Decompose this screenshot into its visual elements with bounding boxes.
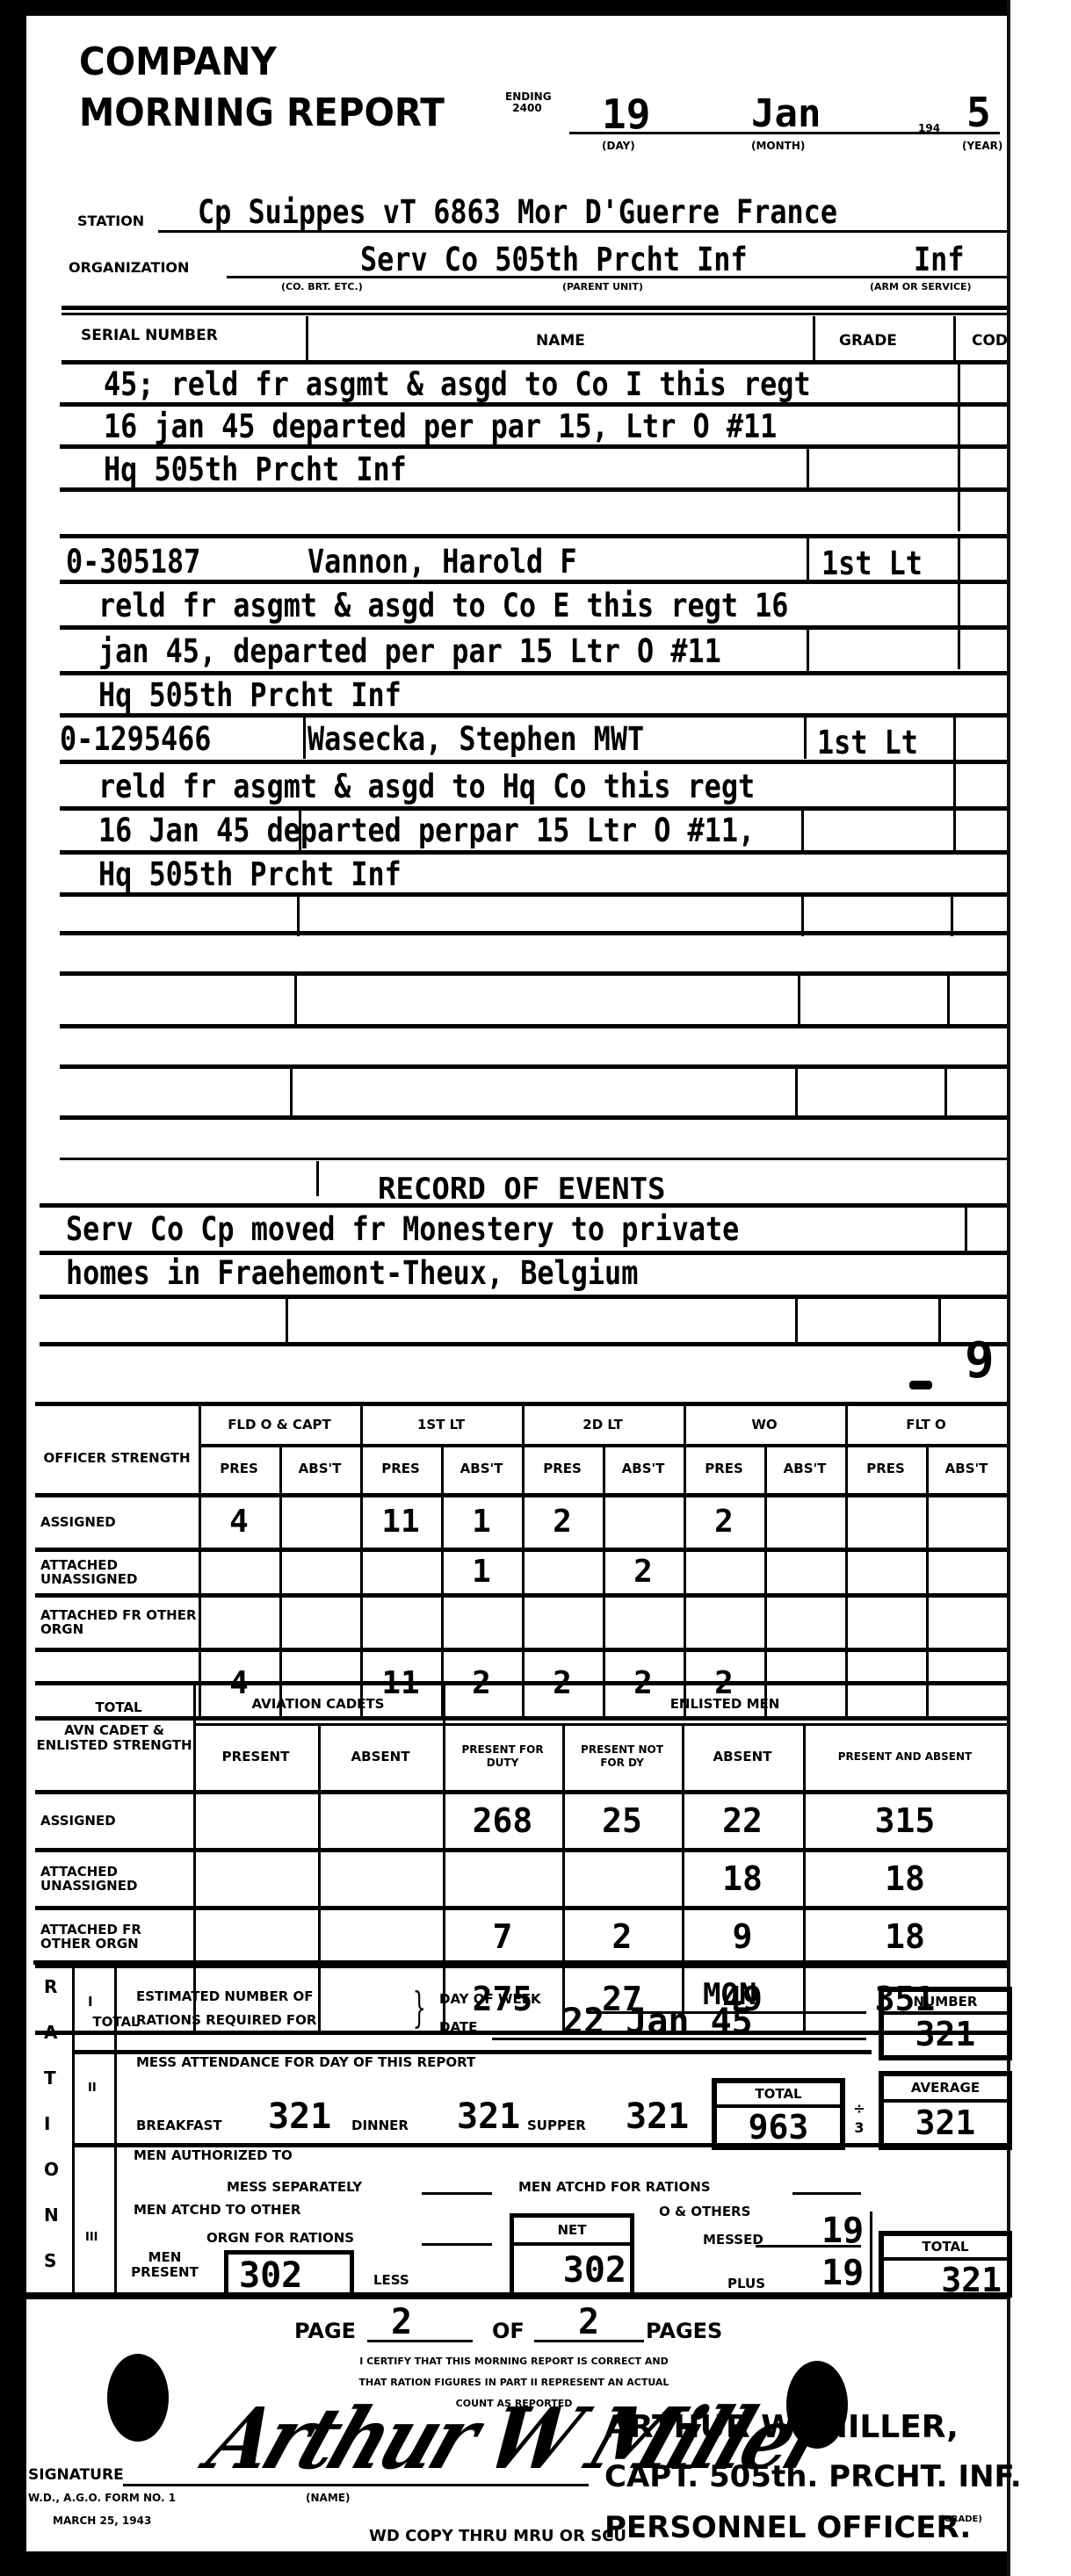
form-title-line1: COMPANY [79,40,277,84]
organization-value: Serv Co 505th Prcht Inf [360,242,748,278]
rule [35,1402,1007,1406]
events-divider [938,1296,941,1342]
enlisted-cell [443,1851,562,1906]
rations-side-letter: O [44,2159,59,2180]
page-number: 2 [391,2305,412,2340]
serial-divider [290,1068,293,1115]
divide-by-three: ÷ 3 [850,2099,868,2138]
col-rule [682,1723,684,2031]
breakfast-value: 321 [268,2099,331,2134]
officer-subcol-header: ABS'T [926,1444,1007,1493]
officer-subcol-header: PRES [684,1444,764,1493]
events-divider [965,1205,967,1251]
officer-cell [845,1497,926,1548]
total-box: TOTAL 963 [712,2078,845,2150]
officer-cell: 1 [441,1551,522,1593]
average-value: 321 [884,2103,1007,2143]
col-rule [360,1405,363,1716]
grade-divider [801,806,804,850]
officer-cell [764,1497,845,1548]
code-divider [958,538,960,669]
others-label-2: MESSED [703,2233,763,2247]
stamp-rank-unit: CAPT. 505th. PRCHT. INF. [604,2459,1022,2494]
pages-label: PAGES [646,2319,722,2343]
page-label: PAGE [294,2319,356,2343]
year-prefix: 194 [918,123,940,134]
roster-line: 16 jan 45 departed per par 15, Ltr O #11 [104,409,777,444]
officer-cell [926,1497,1007,1548]
serial-divider [294,975,297,1024]
enlisted-cell [562,1851,682,1906]
page-underline [367,2340,473,2342]
net-value: 302 [514,2246,630,2295]
scan-border-bottom [0,2551,1010,2576]
total-label: TOTAL [717,2083,840,2108]
atchd-other-label-1: MEN ATCHD TO OTHER [134,2203,300,2217]
officer-cell [279,1597,360,1648]
enlisted-cell: 2 [562,1909,682,1964]
officer-row-label: ATTACHED UNASSIGNED [40,1553,197,1591]
supper-label: SUPPER [527,2118,586,2132]
grade-divider [795,1068,798,1115]
caption-co: (CO. BRT. ETC.) [281,281,363,292]
enlisted-strength-title: AVN CADET & ENLISTED STRENGTH [35,1690,193,1786]
certification-line-2: THAT RATION FIGURES IN PART II REPRESENT… [268,2377,760,2388]
certification-line-1: I CERTIFY THAT THIS MORNING REPORT IS CO… [268,2356,760,2367]
atchd-rations-label: MEN ATCHD FOR RATIONS [518,2180,711,2194]
col-divider-serial [306,316,308,360]
row-rule [60,971,1007,976]
grade-divider [807,625,809,671]
net-box: NET 302 [510,2213,634,2297]
dinner-value: 321 [457,2099,520,2134]
grade-divider [798,975,800,1024]
men-present-label: MEN PRESENT [114,2250,215,2280]
enlisted-cell: 18 [803,1851,1007,1906]
supper-value: 321 [626,2099,689,2134]
enlisted-cell: 315 [803,1793,1007,1848]
roster-line: Hq 505th Prcht Inf [104,452,407,487]
roster-line: reld fr asgmt & asgd to Co E this regt 1… [98,588,788,624]
men-present-box: 302 [224,2250,354,2297]
col-divider-code [953,316,956,360]
events-divider [795,1296,798,1342]
officer-cell [764,1551,845,1593]
rations-side-letter: T [44,2067,56,2089]
less-label: LESS [373,2273,409,2287]
atchd-rations-underline [792,2192,861,2195]
officer-cell [360,1597,441,1648]
atchd-other-underline [422,2243,492,2246]
serial-number: 0-305187 [66,545,200,580]
ending-label-2: 2400 [505,103,549,114]
routing-note: WD COPY THRU MRU OR SCU [369,2529,626,2544]
events-rule [40,1203,1007,1208]
rule [35,2031,1007,2035]
rule [35,1681,1007,1685]
col-rule [926,1444,929,1716]
officer-group-header: FLD O & CAPT [199,1405,360,1444]
enlisted-col-header: ABSENT [318,1723,443,1790]
code-divider [947,975,950,1024]
officer-cell [926,1551,1007,1593]
col-code: CODE [972,332,1007,350]
officer-row-label: ASSIGNED [40,1498,197,1546]
scan-border-left [0,0,26,2576]
enlisted-cell [318,1909,443,1964]
row-rule [60,534,1007,538]
plus-divider [870,2212,872,2292]
rations-top-rule [33,1960,1007,1965]
day-of-week-label: DAY OF WEEK [439,1992,541,2006]
serial-number: 0-1295466 [60,722,211,757]
events-rule [40,1342,1007,1346]
breakfast-label: BREAKFAST [136,2118,222,2132]
enlisted-row-label: ASSIGNED [40,1795,192,1846]
officer-cell: 1 [441,1497,522,1548]
margin-mark: 9 [965,1344,995,1379]
row-rule [60,931,1007,935]
roster-line: Hq 505th Prcht Inf [98,678,402,713]
plus-label: PLUS [727,2277,765,2291]
enlisted-cell: 9 [682,1909,803,1964]
officer-grade: 1st Lt [821,546,923,581]
rations-side-letter: I [44,2113,50,2134]
scan-border-right [1007,0,1010,2576]
officer-cell [279,1551,360,1593]
officer-cell [522,1551,603,1593]
officer-subcol-header: ABS'T [279,1444,360,1493]
auth-underline [422,2192,492,2195]
officer-cell [441,1597,522,1648]
stamp-name: ARTHUR W. MILLER, [604,2410,959,2445]
enlisted-col-header: PRESENT AND ABSENT [803,1723,1007,1790]
officer-cell [360,1551,441,1593]
events-line-2: homes in Fraehemont-Theux, Belgium [66,1256,638,1291]
events-rule [40,1295,1007,1299]
enlisted-men-header: ENLISTED MEN [443,1685,1007,1723]
average-label: AVERAGE [884,2076,1007,2103]
row-rule [60,671,1007,675]
others-label-1: O & OTHERS [659,2204,750,2219]
enlisted-cell: 18 [803,1909,1007,1964]
of-label: OF [492,2319,525,2343]
rule [193,1723,1007,1726]
grade-divider [807,444,809,488]
enlisted-row-label: ATTACHED UNASSIGNED [40,1853,192,1904]
name-caption: (NAME) [306,2493,350,2504]
officer-cell [522,1597,603,1648]
code-divider [944,1068,947,1115]
officer-cell [684,1551,764,1593]
officer-subcol-header: PRES [845,1444,926,1493]
form-number: W.D., A.G.O. FORM NO. 1 [28,2493,176,2504]
officer-cell: 2 [603,1551,684,1593]
number-value: 321 [884,2015,1007,2053]
enlisted-cell [193,1909,318,1964]
mess-attendance-label: MESS ATTENDANCE FOR DAY OF THIS REPORT [136,2055,475,2069]
date-label: DATE [439,2020,477,2034]
officer-cell [926,1597,1007,1648]
ending-label: ENDING 2400 [505,91,549,114]
officer-cell [764,1597,845,1648]
enlisted-col-header: PRESENT NOT FOR DY [562,1723,682,1790]
officer-subcol-header: ABS'T [441,1444,522,1493]
officer-cell [603,1597,684,1648]
officer-group-header: FLT O [845,1405,1007,1444]
month-caption: (MONTH) [751,141,805,152]
year-caption: (YEAR) [962,141,1002,152]
officer-name: Vannon, Harold F [308,545,577,580]
col-rule [764,1444,767,1716]
brace-icon: } [413,1987,426,2029]
enlisted-col-header: ABSENT [682,1723,803,1790]
col-rule [193,1685,196,2031]
serial-divider [303,713,306,759]
report-year: 5 [966,95,991,130]
col-rule [318,1723,321,2031]
section-i-num: I [88,1994,93,2010]
roster-line: 16 Jan 45 departed perpar 15 Ltr O #11, [98,813,755,848]
col-rule [684,1405,686,1716]
officer-group-header: WO [684,1405,845,1444]
auth-label-1: MEN AUTHORIZED TO [134,2148,293,2162]
col-divider-grade [813,316,815,360]
station-label: STATION [77,213,144,229]
section-ii-num: II [88,2082,97,2095]
officer-cell: 11 [360,1497,441,1548]
events-line-1: Serv Co Cp moved fr Monestery to private [66,1212,739,1247]
roster-header-rule [62,360,1007,364]
officer-subcol-header: PRES [522,1444,603,1493]
officer-cell: 4 [199,1497,279,1548]
rations-divider [114,1963,117,2292]
margin-dash [909,1381,932,1389]
row-rule [60,1024,1007,1028]
enlisted-cell: 25 [562,1793,682,1848]
men-present-value: 302 [228,2255,350,2297]
enlisted-cell [318,1793,443,1848]
enlisted-cell [193,1851,318,1906]
total-value: 963 [717,2108,840,2147]
code-divider [958,444,960,488]
form-date: MARCH 25, 1943 [53,2515,151,2527]
enlisted-cell: 7 [443,1909,562,1964]
code-divider [958,360,960,448]
roster-line: 45; reld fr asgmt & asgd to Co I this re… [104,367,811,402]
officer-cell [199,1597,279,1648]
code-divider [958,487,960,531]
grade-divider [807,538,809,581]
ration-est-label-1: ESTIMATED NUMBER OF [136,1989,314,2003]
row-rule [60,1064,1007,1069]
row-rule [60,1115,1007,1120]
report-month: Jan [751,97,821,132]
section-iii-num: III [85,2231,98,2244]
average-box: AVERAGE 321 [879,2071,1012,2150]
officer-cell [603,1497,684,1548]
row-rule [60,806,1007,811]
roster-line: jan 45, departed per par 15 Ltr O #11 [98,634,721,669]
rations-divider [72,1963,75,2292]
rations-side-letter: S [44,2250,56,2271]
officer-cell [279,1497,360,1548]
scan-border-top [0,0,1010,16]
punch-hole-left [107,2354,169,2442]
grade-divider [804,713,807,759]
signature-underline [123,2484,589,2486]
plus-value: 19 [821,2255,864,2291]
day-caption: (DAY) [602,141,635,152]
station-value: Cp Suippes vT 6863 Mor D'Guerre France [198,195,837,230]
officer-row-label: ATTACHED FR OTHER ORGN [40,1598,197,1646]
atchd-other-label-2: ORGN FOR RATIONS [206,2231,354,2245]
number-label: NUMBER [884,1992,1007,2015]
officer-cell: 2 [684,1497,764,1548]
col-grade: GRADE [839,332,897,350]
officer-grade: 1st Lt [817,725,918,761]
col-name: NAME [536,332,585,350]
enlisted-cell: 268 [443,1793,562,1848]
net-label: NET [514,2218,630,2246]
officer-cell [199,1551,279,1593]
aviation-cadets-header: AVIATION CADETS [193,1685,443,1723]
col-rule [279,1444,282,1716]
officer-group-header: 1ST LT [360,1405,522,1444]
roster-top-rule [62,306,1007,310]
enlisted-cell [318,1851,443,1906]
caption-parent: (PARENT UNIT) [562,281,643,292]
officer-name: Wasecka, Stephen MWT [308,722,644,757]
col-rule [441,1444,444,1716]
grand-total-label: TOTAL [884,2236,1007,2261]
grade-divider [801,892,804,936]
col-rule [845,1405,848,1716]
form-title-line2: MORNING REPORT [79,91,445,135]
roster-line: Hq 505th Prcht Inf [98,857,402,892]
col-rule [199,1405,201,1716]
caption-arm: (ARM OR SERVICE) [870,281,972,292]
grade-caption: (GRADE) [940,2514,982,2525]
col-serial-number: SERIAL NUMBER [81,327,218,344]
organization-arm: Inf [914,242,964,278]
row-rule [60,850,1007,855]
rations-side-letter: R [44,1976,57,1997]
enlisted-cell: 22 [682,1793,803,1848]
enlisted-cell: 18 [682,1851,803,1906]
col-rule [562,1723,565,2031]
enlisted-cell [193,1793,318,1848]
total-pages: 2 [578,2305,599,2340]
row-rule [60,625,1007,630]
ration-est-label-2: RATIONS REQUIRED FOR [136,2013,316,2027]
officer-group-header: 2D LT [522,1405,684,1444]
ration-date: 22 Jan 45 [562,2004,753,2039]
officer-subcol-header: PRES [199,1444,279,1493]
rations-bottom-rule [9,2292,1007,2299]
officer-cell: 2 [522,1497,603,1548]
report-day: 19 [602,97,650,132]
events-divider [286,1296,288,1342]
col-rule [603,1444,605,1716]
officer-cell [845,1597,926,1648]
enlisted-col-header: PRESENT [193,1723,318,1790]
officer-subcol-header: ABS'T [603,1444,684,1493]
col-rule [443,1685,445,2031]
officer-subcol-header: PRES [360,1444,441,1493]
serial-divider [297,892,300,936]
officer-cell [845,1551,926,1593]
rations-side-letter: A [44,2022,57,2043]
rations-side-letter: N [44,2204,59,2226]
row-rule [60,1158,1007,1160]
number-box: NUMBER 321 [879,1987,1012,2060]
officer-cell [684,1597,764,1648]
dinner-label: DINNER [351,2118,409,2132]
col-rule [522,1405,525,1716]
events-heading: RECORD OF EVENTS [378,1173,666,1205]
enlisted-col-header: PRESENT FOR DUTY [443,1723,562,1790]
events-divider [316,1161,319,1196]
stamp-title: PERSONNEL OFFICER. [604,2510,971,2545]
officer-strength-title: OFFICER STRENGTH [35,1423,199,1493]
roster-line: reld fr asgmt & asgd to Hq Co this regt [98,769,755,805]
auth-label-2: MESS SEPARATELY [227,2180,362,2194]
code-divider [953,713,956,850]
roster-top-rule-2 [62,313,1007,315]
enlisted-row-label: ATTACHED FR OTHER ORGN [40,1911,192,1962]
code-divider [951,892,953,936]
organization-label: ORGANIZATION [69,259,189,276]
others-value: 19 [821,2213,864,2248]
grand-total-box: TOTAL 321 [879,2231,1012,2298]
col-rule [803,1723,806,2031]
officer-subcol-header: ABS'T [764,1444,845,1493]
signature-label: SIGNATURE [28,2468,124,2482]
